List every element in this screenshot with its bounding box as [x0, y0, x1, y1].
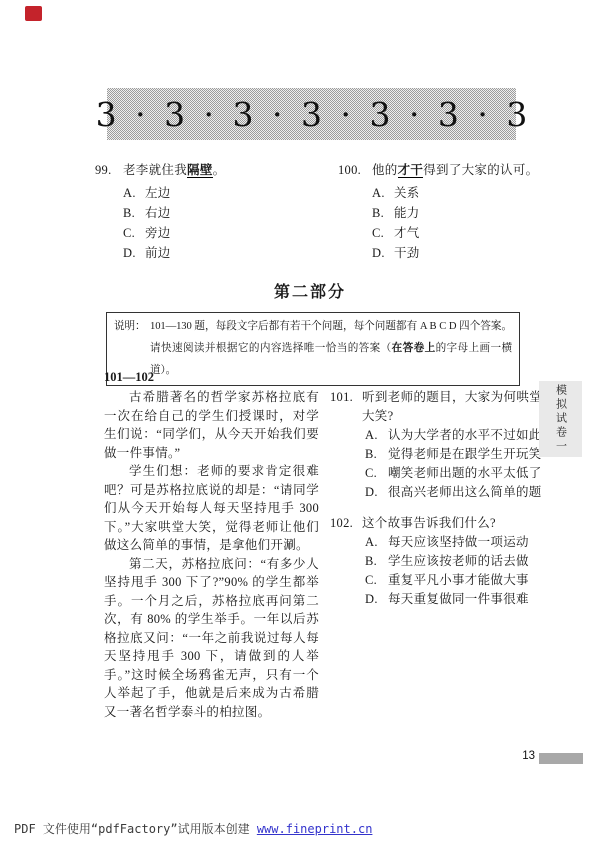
option-row: A. 每天应该坚持做一项运动 — [330, 533, 545, 552]
option-text: 每天应该坚持做一项运动 — [388, 533, 529, 552]
option-row: C. 才气 — [338, 223, 573, 243]
option-text: 认为大学者的水平不过如此 — [388, 426, 542, 445]
option-text: 觉得老师是在跟学生开玩笑 — [388, 445, 542, 464]
option-text: 旁边 — [145, 223, 171, 243]
option-text: 重复平凡小事才能做大事 — [388, 571, 529, 590]
option-text: 左边 — [145, 183, 171, 203]
instructions-label: 说明： — [114, 316, 145, 338]
option-row: C. 旁边 — [95, 223, 330, 243]
option-label: B. — [365, 445, 388, 464]
option-text: 能力 — [394, 203, 420, 223]
option-row: C. 重复平凡小事才能做大事 — [330, 571, 545, 590]
option-label: C. — [365, 464, 388, 483]
option-row: D. 前边 — [95, 243, 330, 263]
stem-post: 。 — [213, 163, 226, 177]
option-text: 干劲 — [394, 243, 420, 263]
section-title: 第二部分 — [0, 279, 600, 302]
question-stem: 他的才干得到了大家的认可。 — [372, 160, 538, 180]
question-stem-row: 101. 听到老师的题目，大家为何哄堂大笑? — [330, 388, 545, 426]
option-label: C. — [365, 571, 388, 590]
red-corner-marker — [25, 6, 42, 21]
option-text: 右边 — [145, 203, 171, 223]
option-row: D. 每天重复做同一件事很难 — [330, 590, 545, 609]
fineprint-link[interactable]: www.fineprint.cn — [257, 822, 373, 836]
passage-range-label: 101—102 — [104, 370, 154, 385]
option-label: A. — [365, 533, 388, 552]
option-text: 才气 — [394, 223, 420, 243]
option-label: D. — [123, 243, 145, 263]
option-row: D. 干劲 — [338, 243, 573, 263]
passage-paragraph: 第二天，苏格拉底问：“有多少人坚持甩手 300 下了?”90% 的学生都举手。一… — [104, 555, 319, 722]
sidebar-tab-label: 模拟试卷一 — [553, 384, 569, 454]
option-row: B. 觉得老师是在跟学生开玩笑 — [330, 445, 545, 464]
option-row: A. 认为大学者的水平不过如此 — [330, 426, 545, 445]
option-label: A. — [372, 183, 394, 203]
question-102: 102. 这个故事告诉我们什么? A. 每天应该坚持做一项运动 B. 学生应该按… — [330, 514, 545, 609]
passage-paragraph: 学生们想：老师的要求肯定很难吧？可是苏格拉底说的却是：“请同学们从今天开始每人每… — [104, 462, 319, 555]
option-label: C. — [123, 223, 145, 243]
passage-paragraph: 古希腊著名的哲学家苏格拉底有一次在给自己的学生们授课时，对学生们说：“同学们，从… — [104, 388, 319, 462]
question-stem: 听到老师的题目，大家为何哄堂大笑? — [362, 388, 542, 426]
stem-pre: 他的 — [372, 163, 398, 177]
stem-post: 得到了大家的认可。 — [423, 163, 538, 177]
option-text: 很高兴老师出这么简单的题 — [388, 483, 542, 502]
exam-page: 3 · 3 · 3 · 3 · 3 · 3 · 3 99. 老李就住我隔壁。 A… — [0, 0, 600, 849]
question-100: 100. 他的才干得到了大家的认可。 A. 关系 B. 能力 C. 才气 D. … — [338, 160, 573, 263]
option-label: C. — [372, 223, 394, 243]
instructions-body-bold: 在答卷上 — [392, 343, 436, 354]
option-text: 学生应该按老师的话去做 — [388, 552, 529, 571]
option-row: B. 能力 — [338, 203, 573, 223]
option-text: 前边 — [145, 243, 171, 263]
instructions-text: 说明：101—130 题，每段文字后都有若干个问题，每个问题都有 A B C D… — [114, 316, 512, 382]
page-number-bar — [539, 753, 583, 764]
option-row: B. 学生应该按老师的话去做 — [330, 552, 545, 571]
question-number: 100. — [338, 160, 372, 180]
underlined-keyword: 隔壁 — [187, 163, 213, 178]
question-101: 101. 听到老师的题目，大家为何哄堂大笑? A. 认为大学者的水平不过如此 B… — [330, 388, 545, 502]
option-label: A. — [365, 426, 388, 445]
question-number: 101. — [330, 388, 362, 426]
option-label: B. — [365, 552, 388, 571]
banner-text: 3 · 3 · 3 · 3 · 3 · 3 · 3 — [92, 95, 532, 134]
option-row: B. 右边 — [95, 203, 330, 223]
option-text: 关系 — [394, 183, 420, 203]
option-row: D. 很高兴老师出这么简单的题 — [330, 483, 545, 502]
option-label: A. — [123, 183, 145, 203]
question-stem: 这个故事告诉我们什么? — [362, 514, 542, 533]
option-row: A. 关系 — [338, 183, 573, 203]
reading-passage: 古希腊著名的哲学家苏格拉底有一次在给自己的学生们授课时，对学生们说：“同学们，从… — [104, 388, 319, 721]
page-number: 13 — [505, 750, 535, 762]
question-stem: 老李就住我隔壁。 — [123, 160, 225, 180]
pdf-watermark-text: PDF 文件使用“pdfFactory”试用版本创建 — [14, 822, 257, 836]
question-number: 102. — [330, 514, 362, 533]
sidebar-tab-mock-exam-1: 模拟试卷一 — [539, 381, 582, 457]
pdf-watermark-footer: PDF 文件使用“pdfFactory”试用版本创建 www.fineprint… — [14, 820, 372, 837]
option-row: C. 嘲笑老师出题的水平太低了 — [330, 464, 545, 483]
option-label: B. — [123, 203, 145, 223]
underlined-keyword: 才干 — [398, 163, 424, 178]
stem-pre: 老李就住我 — [123, 163, 187, 177]
section-number-banner: 3 · 3 · 3 · 3 · 3 · 3 · 3 — [107, 88, 516, 140]
option-label: D. — [365, 590, 388, 609]
option-label: D. — [372, 243, 394, 263]
option-label: D. — [365, 483, 388, 502]
option-row: A. 左边 — [95, 183, 330, 203]
question-stem-row: 99. 老李就住我隔壁。 — [95, 160, 330, 180]
option-text: 嘲笑老师出题的水平太低了 — [388, 464, 542, 483]
instructions-box: 说明：101—130 题，每段文字后都有若干个问题，每个问题都有 A B C D… — [106, 312, 520, 386]
question-stem-row: 102. 这个故事告诉我们什么? — [330, 514, 545, 533]
question-number: 99. — [95, 160, 123, 180]
question-stem-row: 100. 他的才干得到了大家的认可。 — [338, 160, 573, 180]
option-text: 每天重复做同一件事很难 — [388, 590, 529, 609]
option-label: B. — [372, 203, 394, 223]
question-99: 99. 老李就住我隔壁。 A. 左边 B. 右边 C. 旁边 D. 前边 — [95, 160, 330, 263]
